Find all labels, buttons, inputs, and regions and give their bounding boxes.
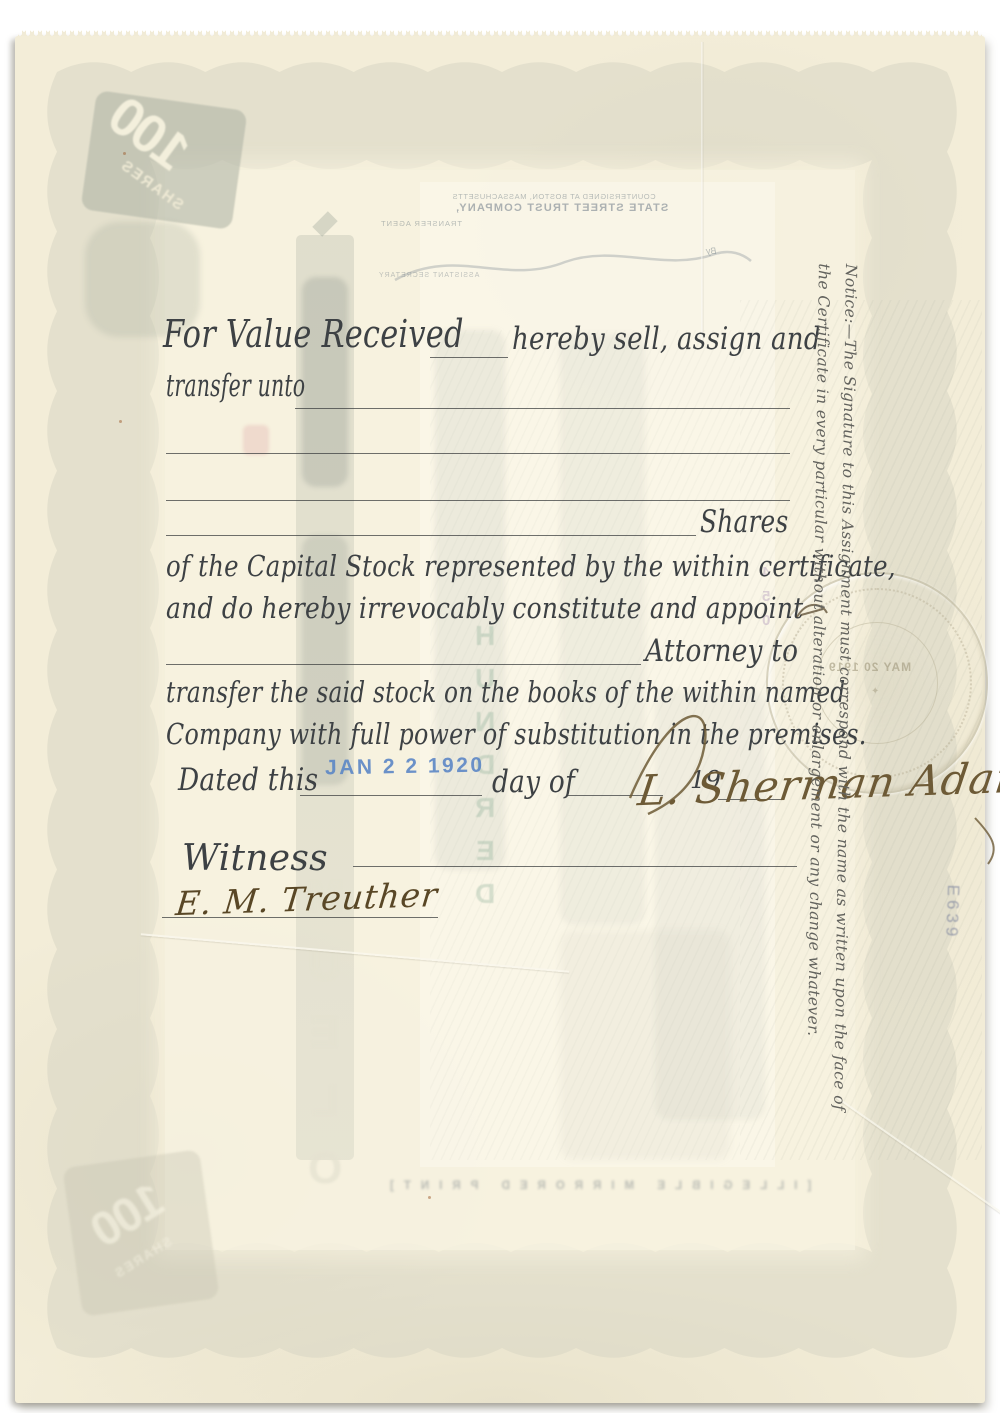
date-line [300,795,482,796]
shares-label: Shares [700,504,788,540]
paper-speck [119,420,122,423]
day-of-label: day of [492,764,575,800]
capital-stock-text: of the Capital Stock represented by the … [166,549,896,583]
ghost-transfer-agent-line: TRANSFER AGENT [380,219,462,228]
pencil-annotation: E639 [941,884,963,940]
sell-assign-text: hereby sell, assign and [512,321,821,357]
for-value-received-label: For Value Received [163,312,464,356]
constitute-text: and do hereby irrevocably constitute and… [166,591,803,625]
blank-line [166,500,790,501]
paper-speck [123,152,126,155]
transfer-unto-label: transfer unto [166,368,305,404]
stock-certificate-back: 100 SHARES COUNTERSIGNED AT BOSTON, MASS… [0,0,1000,1413]
ghost-signature-squiggle [385,228,765,298]
ghost-shares-patch-bottom: 100 SHARES [62,1149,220,1317]
ghost-banner-letters: MUELO [302,875,348,1191]
witness-label: Witness [182,838,328,879]
dated-this-label: Dated this [178,762,318,798]
attorney-to-label: Attorney to [645,633,798,669]
signature-line [353,866,797,867]
ghost-banner-block [302,277,348,487]
ghost-pink-mark [243,425,269,455]
ghost-bottom-caption: [ILLEGIBLE MIRRORED PRINT] [380,1180,811,1192]
witness-line [162,917,438,918]
shares-count-line [166,535,696,536]
date-stamp: JAN 2 2 1920 [325,754,485,781]
transferee-name-line [295,408,790,409]
paper-speck [428,1196,431,1199]
notice-text: Notice:—The Signature to this Assignment… [799,263,864,1064]
attorney-name-line [166,664,641,665]
ghost-officer-title: ASSISTANT SECRETARY [378,272,479,279]
ghost-shares-patch-top: 100 SHARES [80,90,247,230]
ghost-trust-company-line: STATE STREET TRUST COMPANY, [455,202,668,214]
blank-line [430,357,508,358]
blank-line [166,453,790,454]
crease-vertical [701,42,704,342]
ghost-countersigned-line: COUNTERSIGNED AT BOSTON, MASSACHUSETTS [452,192,656,201]
